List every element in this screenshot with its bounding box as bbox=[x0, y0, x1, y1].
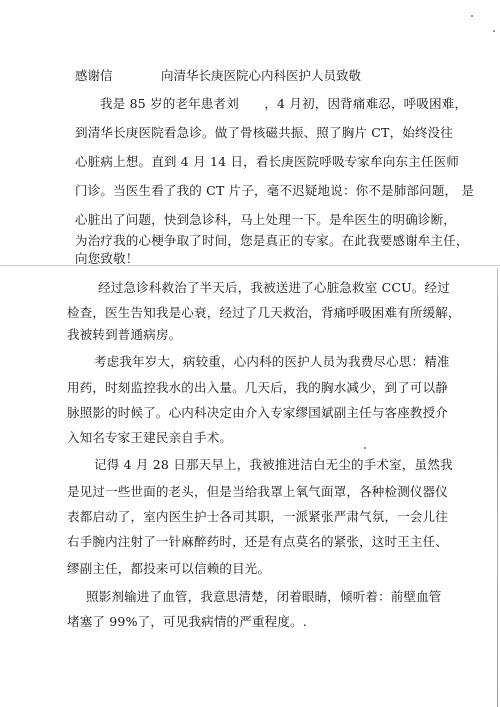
letter-label: 感谢信 bbox=[75, 66, 113, 84]
scan-edge-line bbox=[497, 268, 498, 707]
text-line: 我被转到普通病房。 bbox=[67, 325, 181, 343]
text-line: 检查，医生告知我是心衰，经过了几天救治，背痛呼吸困难有所缓解， bbox=[67, 303, 461, 321]
text-line: 表都启动了，室内医生护士各司其职，一派紧张严肃气氛，一会儿往 bbox=[67, 507, 448, 525]
text-line: 缪副主任，都投来可以信赖的目光。 bbox=[67, 559, 270, 577]
text-line: 记得 4 月 28 日那天早上，我被推进洁白无尘的手术室，虽然我 bbox=[94, 455, 453, 473]
text-line: 经过急诊科救治了半天后，我被送进了心脏急救室 CCU。经过 bbox=[98, 278, 450, 296]
text-line: 入知名专家王建民亲自手术。 bbox=[67, 428, 232, 446]
text-line: 门诊。当医生看了我的 CT 片子，毫不迟疑地说：你不是肺部问题， 是 bbox=[75, 181, 474, 199]
text-line: 心脏出了问题，快到急诊科，马上处理一下。是牟医生的明确诊断， bbox=[75, 210, 456, 228]
text-line: 堵塞了 99%了，可见我病情的严重程度。. bbox=[67, 612, 307, 630]
text-line: 我是 85 岁的老年患者刘 ，4 月初，因背痛难忍，呼吸困难， bbox=[100, 94, 467, 112]
text-line: 用药，时刻监控我水的出入量。几天后，我的胸水减少，到了可以静 bbox=[67, 378, 448, 396]
text-line: 脉照影的时候了。心内科决定由介入专家缪国斌副主任与客座教授介 bbox=[67, 403, 448, 421]
text-line: 到清华长庚医院看急诊。做了骨核磁共振、照了胸片 CT，始终没往 bbox=[75, 123, 453, 141]
text-line: 心脏病上想。直到 4 月 14 日，看长庚医院呼吸专家牟向东主任医师 bbox=[75, 152, 459, 170]
text-line: 照影剂输进了血管，我意思清楚，闭着眼睛，倾听着：前壁血管 bbox=[86, 587, 442, 605]
text-line: 是见过一些世面的老头，但是当给我罩上氧气面罩，各种检测仪器仪 bbox=[67, 482, 448, 500]
scan-speck bbox=[493, 30, 495, 32]
text-line: 考虑我年岁大，病较重，心内科的医护人员为我费尽心思：精准 bbox=[94, 352, 450, 370]
letter-header: 感谢信 向清华长庚医院心内科医护人员致敬 bbox=[0, 66, 500, 84]
scanned-letter-page: 感谢信 向清华长庚医院心内科医护人员致敬 我是 85 岁的老年患者刘 ，4 月初… bbox=[0, 0, 500, 707]
text-line: 向您致敬！ bbox=[75, 249, 139, 267]
scan-speck bbox=[471, 15, 473, 17]
scan-speck bbox=[364, 447, 366, 449]
text-line: 右手腕内注射了一针麻醉药时，还是有点莫名的紧张，这时王主任、 bbox=[67, 532, 448, 550]
letter-title: 向清华长庚医院心内科医护人员致敬 bbox=[161, 66, 361, 84]
text-line: 为治疗我的心梗争取了时间，您是真正的专家。在此我要感谢牟主任， bbox=[75, 231, 469, 249]
